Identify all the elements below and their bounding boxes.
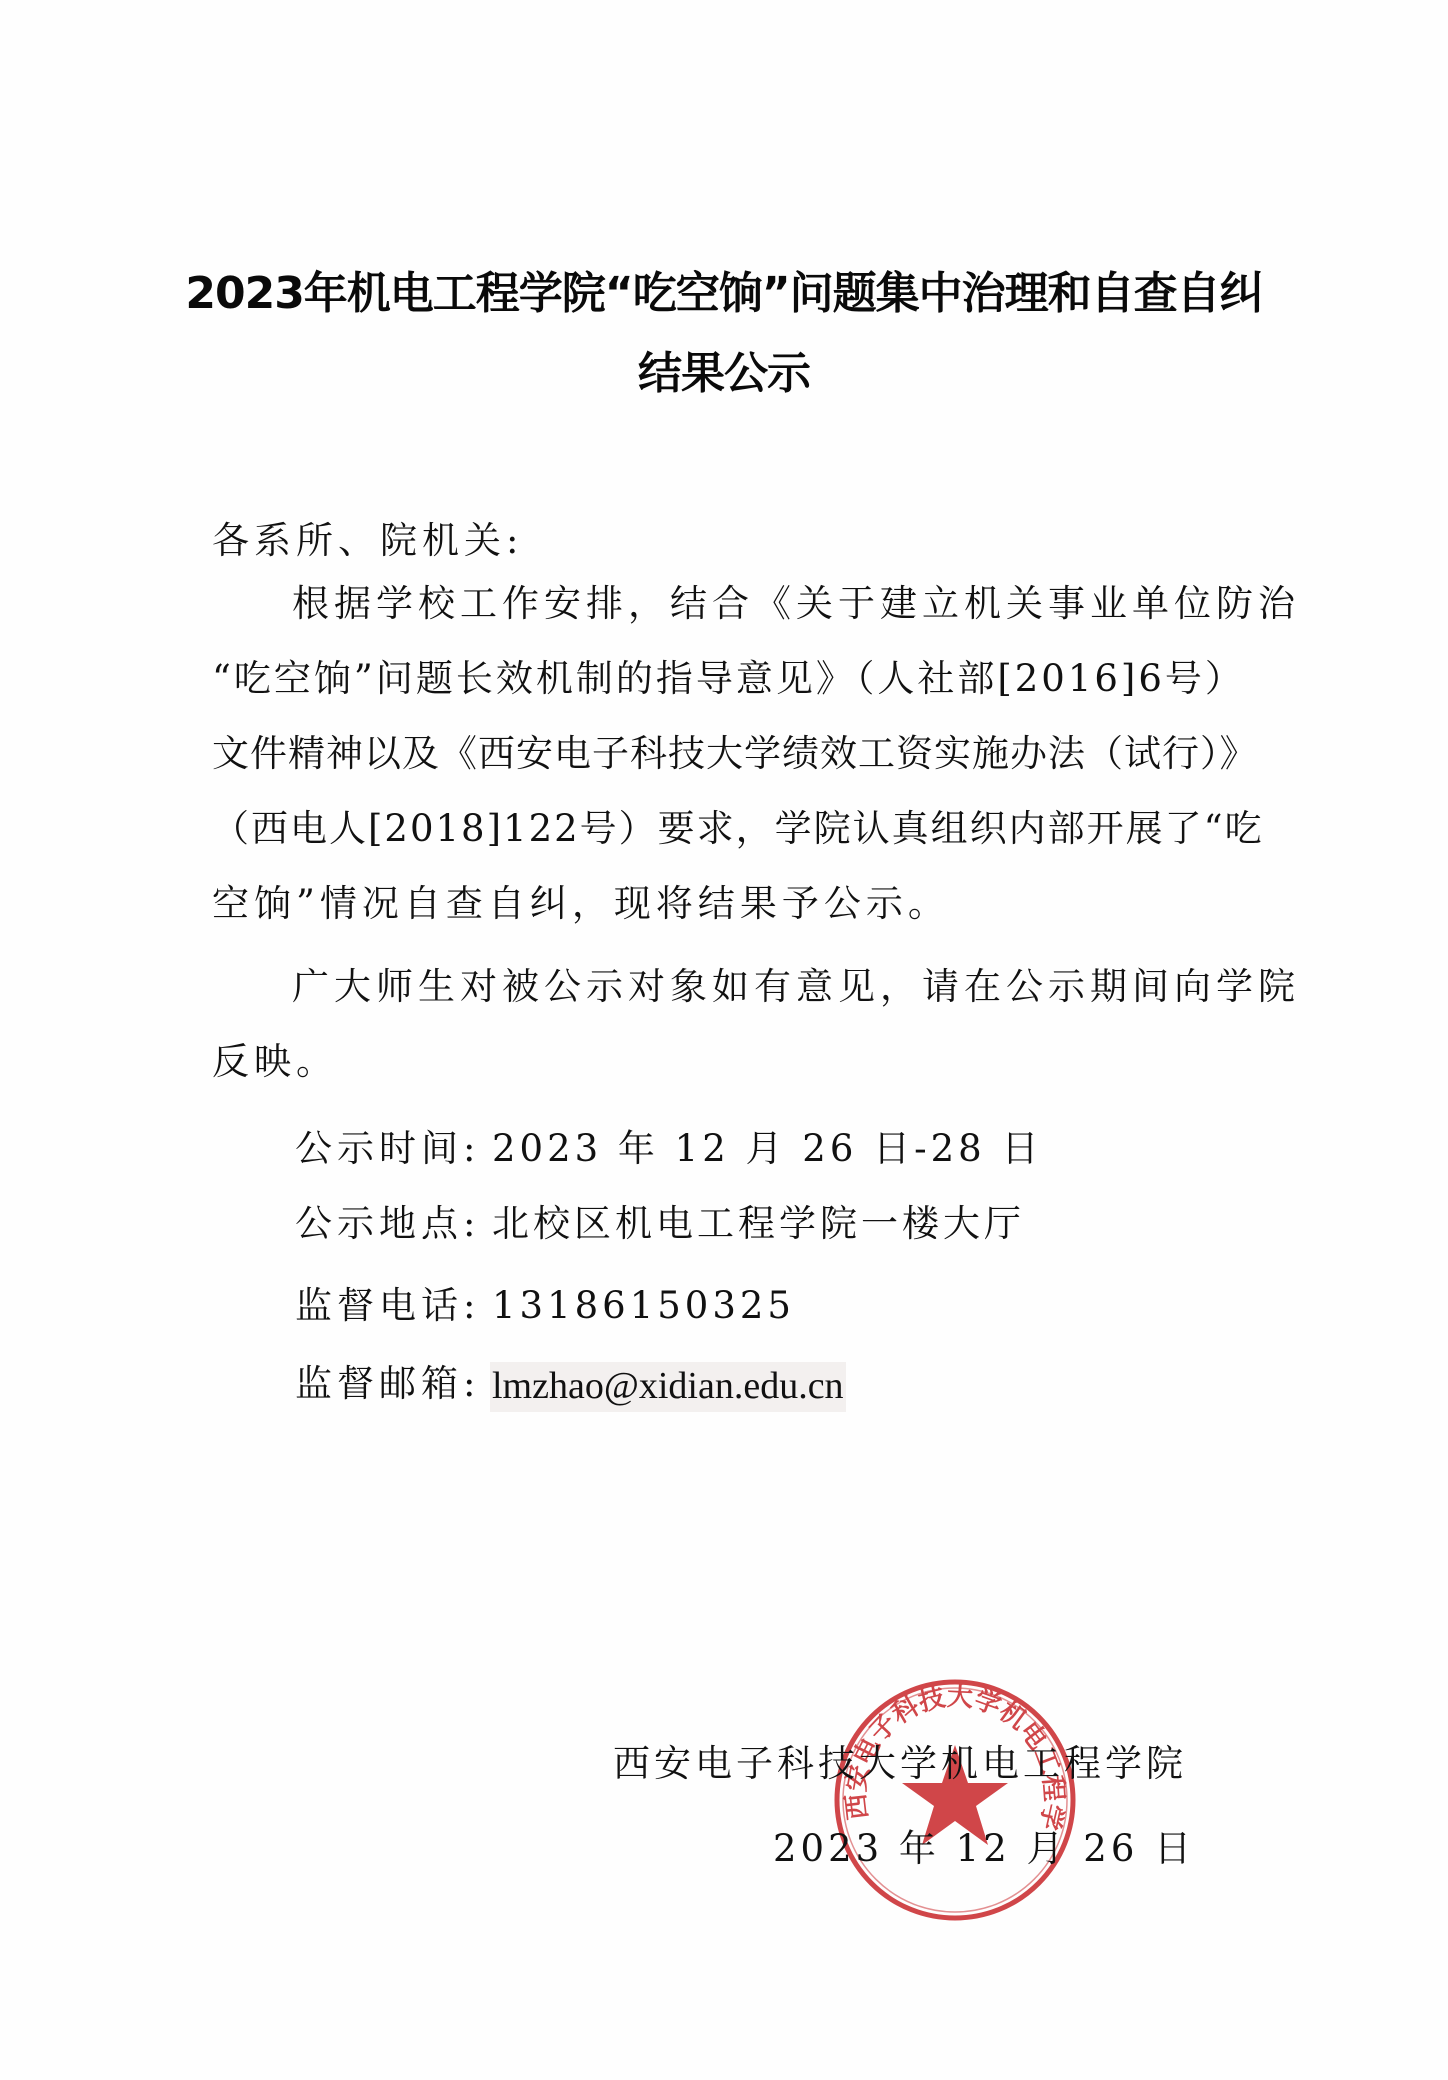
field-label-location: 公示地点: bbox=[295, 1205, 480, 1242]
signature-date: 2023 年 12 月 26 日 bbox=[773, 1830, 1195, 1867]
paragraph1-line3: 文件精神以及《西安电子科技大学绩效工资实施办法（试行）》 bbox=[212, 735, 1258, 772]
document-page: 2023年机电工程学院“吃空饷”问题集中治理和自查自纠 结果公示 各系所、院机关… bbox=[0, 0, 1448, 2080]
official-seal: 西安电子科技大学机电工程学院 bbox=[830, 1675, 1080, 1925]
field-value-email: lmzhao@xidian.edu.cn bbox=[490, 1362, 846, 1412]
paragraph2-line1: 广大师生对被公示对象如有意见，请在公示期间向学院 bbox=[292, 968, 1300, 1005]
paragraph1-line2: “吃空饷”问题长效机制的指导意见》（人社部[2016]6号） bbox=[212, 660, 1245, 697]
field-value-phone: 13186150325 bbox=[492, 1287, 795, 1324]
paragraph1-line1: 根据学校工作安排，结合《关于建立机关事业单位防治 bbox=[292, 585, 1300, 622]
signature-organization: 西安电子科技大学机电工程学院 bbox=[613, 1745, 1187, 1782]
field-value-location: 北校区机电工程学院一楼大厅 bbox=[492, 1205, 1025, 1242]
paragraph1-line5: 空饷”情况自查自纠，现将结果予公示。 bbox=[212, 885, 950, 922]
document-title-line1: 2023年机电工程学院“吃空饷”问题集中治理和自查自纠 bbox=[0, 272, 1448, 316]
field-label-phone: 监督电话: bbox=[295, 1287, 480, 1324]
paragraph1-line4: （西电人[2018]122号）要求，学院认真组织内部开展了“吃 bbox=[212, 810, 1264, 847]
field-label-time: 公示时间: bbox=[295, 1130, 480, 1167]
field-label-email: 监督邮箱: bbox=[295, 1365, 480, 1402]
salutation: 各系所、院机关: bbox=[212, 522, 523, 559]
paragraph2-line2: 反映。 bbox=[212, 1043, 338, 1080]
document-title-line2: 结果公示 bbox=[0, 352, 1448, 396]
field-value-time: 2023 年 12 月 26 日-28 日 bbox=[492, 1130, 1042, 1167]
